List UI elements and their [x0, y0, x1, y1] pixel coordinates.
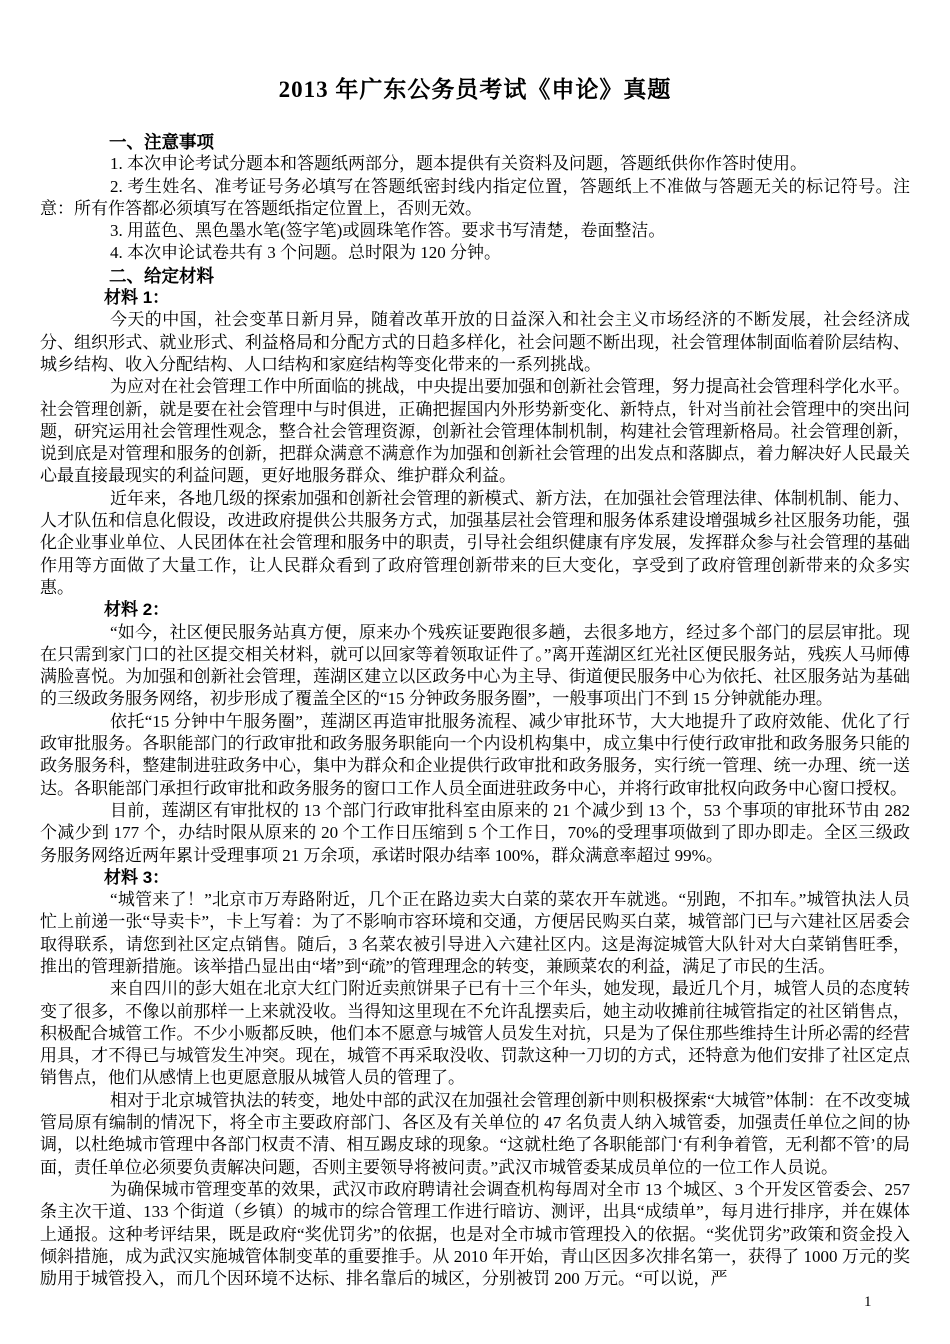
material-3-paragraph-1: “城管来了！”北京市万寿路附近，几个正在路边卖大白菜的菜农开车就逃。“别跑，不扣… [40, 889, 910, 978]
material-2-paragraph-3: 目前，莲湖区有审批权的 13 个部门行政审批科室由原来的 21 个减少到 13 … [40, 800, 910, 867]
material-1-label: 材料 1： [40, 287, 910, 309]
material-3-label: 材料 3： [40, 867, 910, 889]
notice-item-3: 3. 用蓝色、黑色墨水笔(签字笔)或圆珠笔作答。要求书写清楚，卷面整洁。 [40, 220, 910, 242]
materials-heading: 二、给定材料 [40, 265, 910, 287]
document-content: 一、注意事项 1. 本次申论考试分题本和答题纸两部分，题本提供有关资料及问题，答… [40, 131, 910, 1290]
material-3-paragraph-3: 相对于北京城管执法的转变，地处中部的武汉在加强社会管理创新中则积极探索“大城管”… [40, 1090, 910, 1179]
notice-item-4: 4. 本次申论试卷共有 3 个问题。总时限为 120 分钟。 [40, 242, 910, 264]
notice-item-1: 1. 本次申论考试分题本和答题纸两部分，题本提供有关资料及问题，答题纸供你作答时… [40, 153, 910, 175]
notice-heading: 一、注意事项 [40, 131, 910, 153]
material-3-paragraph-2: 来自四川的彭大姐在北京大红门附近卖煎饼果子已有十三个年头，她发现，最近几个月，城… [40, 978, 910, 1089]
material-2-paragraph-2: 依托“15 分钟中午服务圈”，莲湖区再造审批服务流程、减少审批环节，大大地提升了… [40, 711, 910, 800]
notice-item-2: 2. 考生姓名、准考证号务必填写在答题纸密封线内指定位置，答题纸上不准做与答题无… [40, 176, 910, 221]
material-2-label: 材料 2： [40, 599, 910, 621]
document-page: 2013 年广东公务员考试《申论》真题 一、注意事项 1. 本次申论考试分题本和… [0, 0, 950, 1344]
page-number: 1 [864, 1294, 872, 1311]
material-1-paragraph-1: 今天的中国，社会变革日新月异，随着改革开放的日益深入和社会主义市场经济的不断发展… [40, 309, 910, 376]
material-1-paragraph-2: 为应对在社会管理工作中所面临的挑战，中央提出要加强和创新社会管理，努力提高社会管… [40, 376, 910, 487]
material-1-paragraph-3: 近年来，各地几级的探索加强和创新社会管理的新模式、新方法，在加强社会管理法律、体… [40, 488, 910, 599]
material-2-paragraph-1: “如今，社区便民服务站真方便，原来办个残疾证要跑很多趟，去很多地方，经过多个部门… [40, 622, 910, 711]
page-title: 2013 年广东公务员考试《申论》真题 [0, 0, 950, 104]
material-3-paragraph-4: 为确保城市管理变革的效果，武汉市政府聘请社会调查机构每周对全市 13 个城区、3… [40, 1179, 910, 1290]
